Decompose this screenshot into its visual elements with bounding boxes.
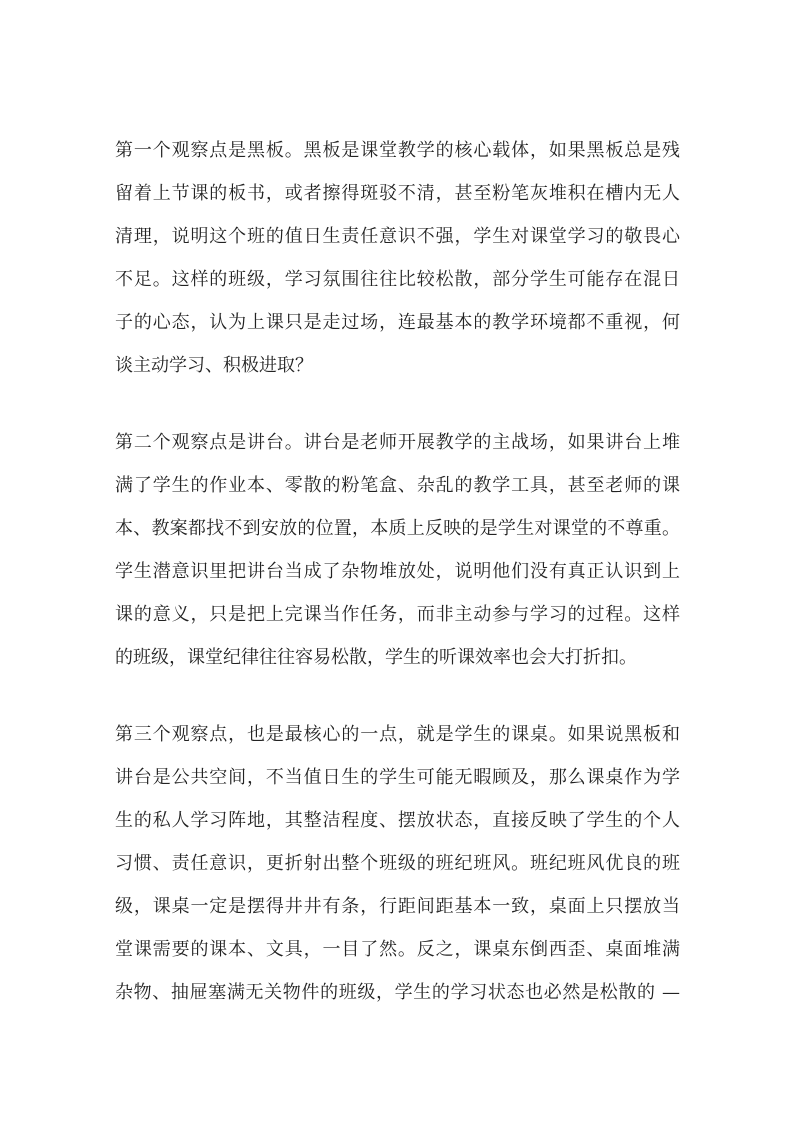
text-line: 谈主动学习、积极进取？ [115, 344, 680, 387]
text-line: 本、教案都找不到安放的位置，本质上反映的是学生对课堂的不尊重。 [115, 507, 680, 550]
document-page: 第一个观察点是黑板。黑板是课堂教学的核心载体，如果黑板总是残留着上节课的板书，或… [0, 0, 793, 1122]
text-line: 杂物、抽屉塞满无关物件的班级，学生的学习状态也必然是松散的 — [115, 971, 680, 1014]
paragraph: 第二个观察点是讲台。讲台是老师开展教学的主战场，如果讲台上堆满了学生的作业本、零… [115, 421, 680, 679]
document-body: 第一个观察点是黑板。黑板是课堂教学的核心载体，如果黑板总是残留着上节课的板书，或… [115, 129, 680, 1048]
text-line: 学生潜意识里把讲台当成了杂物堆放处，说明他们没有真正认识到上 [115, 550, 680, 593]
text-line: 讲台是公共空间，不当值日生的学生可能无暇顾及，那么课桌作为学 [115, 756, 680, 799]
text-line: 堂课需要的课本、文具，一目了然。反之，课桌东倒西歪、桌面堆满 [115, 928, 680, 971]
text-line: 不足。这样的班级，学习氛围往往比较松散，部分学生可能存在混日 [115, 258, 680, 301]
text-line: 满了学生的作业本、零散的粉笔盒、杂乱的教学工具，甚至老师的课 [115, 464, 680, 507]
paragraph: 第三个观察点，也是最核心的一点，就是学生的课桌。如果说黑板和讲台是公共空间，不当… [115, 713, 680, 1014]
text-line: 第三个观察点，也是最核心的一点，就是学生的课桌。如果说黑板和 [115, 713, 680, 756]
text-line: 的班级，课堂纪律往往容易松散，学生的听课效率也会大打折扣。 [115, 636, 680, 679]
text-line: 清理，说明这个班的值日生责任意识不强，学生对课堂学习的敬畏心 [115, 215, 680, 258]
text-line: 课的意义，只是把上完课当作任务，而非主动参与学习的过程。这样 [115, 593, 680, 636]
paragraph: 第一个观察点是黑板。黑板是课堂教学的核心载体，如果黑板总是残留着上节课的板书，或… [115, 129, 680, 387]
text-line: 子的心态，认为上课只是走过场，连最基本的教学环境都不重视，何 [115, 301, 680, 344]
text-line: 习惯、责任意识，更折射出整个班级的班纪班风。班纪班风优良的班 [115, 842, 680, 885]
text-line: 第二个观察点是讲台。讲台是老师开展教学的主战场，如果讲台上堆 [115, 421, 680, 464]
text-line: 第一个观察点是黑板。黑板是课堂教学的核心载体，如果黑板总是残 [115, 129, 680, 172]
text-line: 级，课桌一定是摆得井井有条，行距间距基本一致，桌面上只摆放当 [115, 885, 680, 928]
text-line: 生的私人学习阵地，其整洁程度、摆放状态，直接反映了学生的个人 [115, 799, 680, 842]
text-line: 留着上节课的板书，或者擦得斑驳不清，甚至粉笔灰堆积在槽内无人 [115, 172, 680, 215]
